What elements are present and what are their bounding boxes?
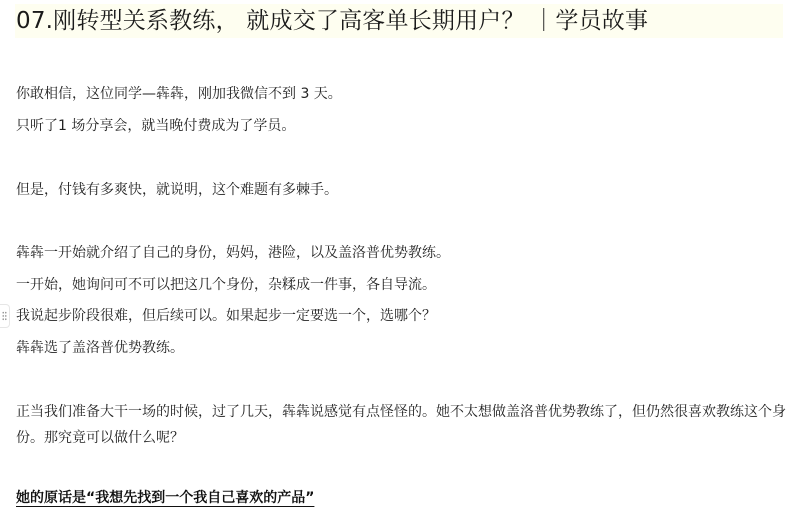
paragraph: 一开始，她询问可不可以把这几个身份，杂糅成一件事，各自导流。: [16, 275, 436, 295]
block-drag-handle[interactable]: [0, 304, 10, 328]
drag-dots-icon: [2, 311, 7, 321]
paragraph: 只听了1 场分享会，就当晚付费成为了学员。: [16, 116, 295, 136]
paragraph: 你敢相信，这位同学—犇犇，刚加我微信不到 3 天。: [16, 84, 342, 104]
paragraph: 正当我们准备大干一场的时候，过了几天，犇犇说感觉有点怪怪的。她不太想做盖洛普优势…: [16, 399, 786, 451]
paragraph: 犇犇一开始就介绍了自己的身份，妈妈，港险，以及盖洛普优势教练。: [16, 243, 450, 263]
paragraph: 但是，付钱有多爽快，就说明，这个难题有多棘手。: [16, 180, 338, 200]
page-title: 07.刚转型关系教练， 就成交了高客单长期用户？ ｜学员故事: [16, 6, 648, 36]
section-heading: 她的原话是“我想先找到一个我自己喜欢的产品”: [16, 488, 314, 508]
paragraph: 我说起步阶段很难，但后续可以。如果起步一定要选一个，选哪个？: [16, 306, 436, 326]
paragraph: 犇犇选了盖洛普优势教练。: [16, 338, 184, 358]
